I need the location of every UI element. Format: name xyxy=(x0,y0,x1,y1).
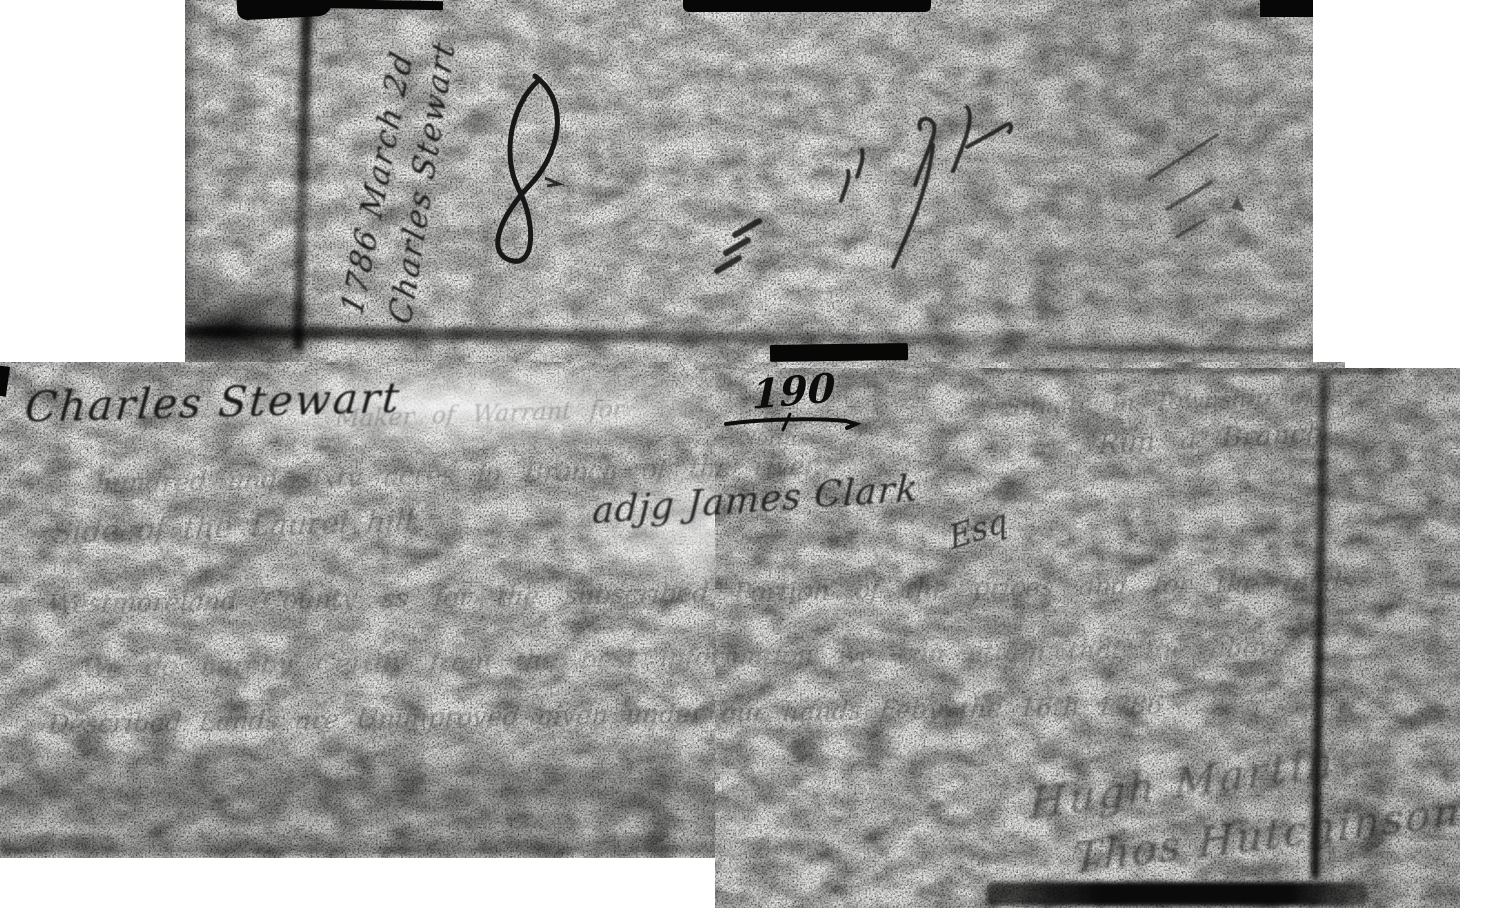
number-note: North xyxy=(739,428,798,450)
pen-scribble-marks xyxy=(695,85,1115,305)
adjoining-suffix: Esq xyxy=(946,501,1010,557)
warrant-line1-right: Situate in Township of xyxy=(1004,383,1314,422)
scanner-edge-artifact-4 xyxy=(1260,0,1313,17)
black-bar-artifact xyxy=(770,343,908,362)
warrant-line2-right: Run a Branch xyxy=(1097,416,1324,461)
scanner-edge-artifact-3 xyxy=(683,0,931,12)
faint-pen-marks-right xyxy=(1133,105,1273,265)
certify-line-county: Westmoreland County ss for the subscribe… xyxy=(47,566,1447,620)
pen-flourish xyxy=(457,70,587,270)
fold-smudge xyxy=(185,278,335,362)
certify-line-date: Described Lands are Unimproved given und… xyxy=(47,690,1244,741)
warrant-number: 190 xyxy=(752,364,836,419)
bottom-text-layer: Charles Stewart Maker of Warrant for 190… xyxy=(0,362,1500,908)
certify-line-body: We do hereby Certify from the best infor… xyxy=(81,630,1448,684)
scan-canvas: 1786 March 2d Charles Stewart xyxy=(0,0,1500,908)
left-edge-shadow xyxy=(185,0,199,300)
warrant-line3: Side of the Laurel hill xyxy=(51,504,416,552)
top-fragment: 1786 March 2d Charles Stewart xyxy=(185,0,1313,362)
